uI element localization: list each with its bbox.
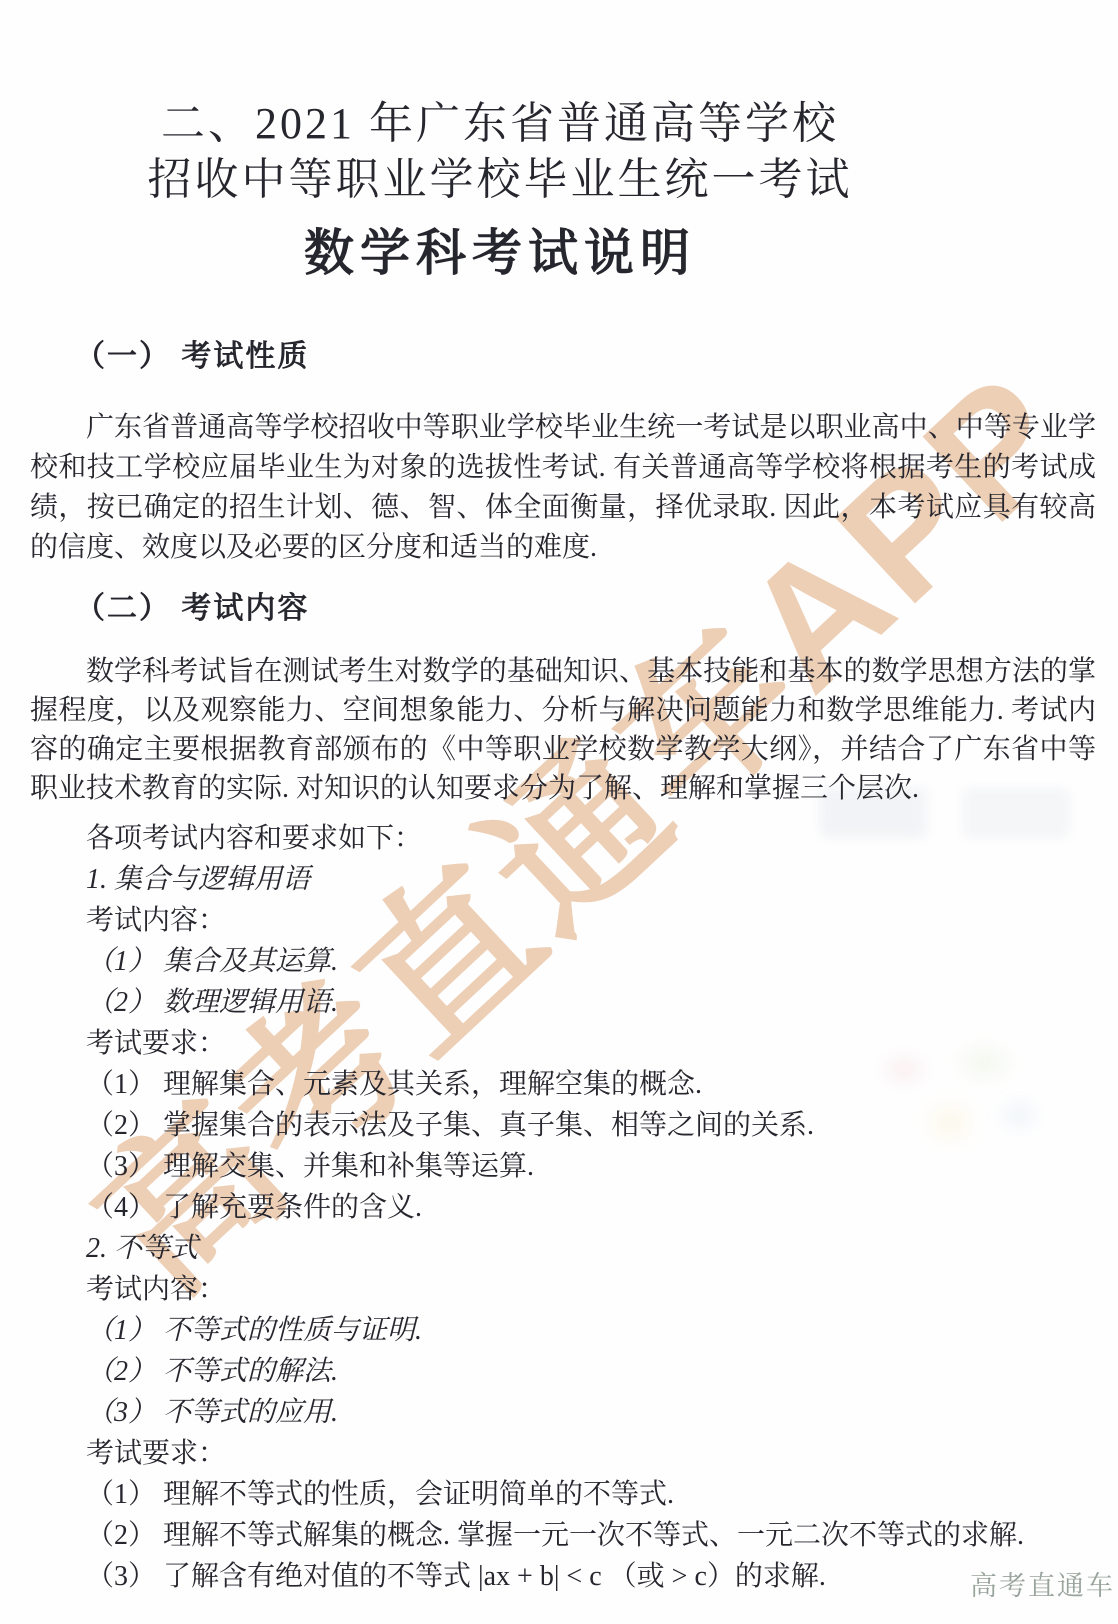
section-1-heading: （一） 考试性质 — [30, 338, 309, 376]
topic-2-title: 2. 不等式 — [30, 1228, 1096, 1269]
topic-2-content-item: （2） 不等式的解法. — [30, 1351, 1096, 1392]
topic-1-require-item: （4） 了解充要条件的含义. — [30, 1187, 1096, 1228]
topic-2-require-item: （3） 了解含有绝对值的不等式 |ax + b| < c （或 > c）的求解. — [30, 1556, 1096, 1597]
topic-1-content-label: 考试内容： — [30, 900, 1096, 941]
topic-2-content-item: （3） 不等式的应用. — [30, 1392, 1096, 1433]
topics-list: 各项考试内容和要求如下： 1. 集合与逻辑用语 考试内容： （1） 集合及其运算… — [30, 818, 1096, 1597]
topic-2-content-label: 考试内容： — [30, 1269, 1096, 1310]
title-line-2: 招收中等职业学校毕业生统一考试 — [0, 152, 1000, 208]
topic-1-title: 1. 集合与逻辑用语 — [30, 859, 1096, 900]
topic-1-require-label: 考试要求： — [30, 1023, 1096, 1064]
topic-2-content-item: （1） 不等式的性质与证明. — [30, 1310, 1096, 1351]
topic-2-require-item: （2） 理解不等式解集的概念. 掌握一元一次不等式、一元二次不等式的求解. — [30, 1515, 1096, 1556]
document-content: 二、2021 年广东省普通高等学校 招收中等职业学校毕业生统一考试 数学科考试说… — [0, 0, 1118, 1624]
title-line-3: 数学科考试说明 — [0, 222, 1000, 284]
topic-1-require-item: （1） 理解集合、元素及其关系，理解空集的概念. — [30, 1064, 1096, 1105]
title-line-1: 二、2021 年广东省普通高等学校 — [0, 96, 1000, 152]
topic-1-content-item: （1） 集合及其运算. — [30, 941, 1096, 982]
topic-1-require-item: （2） 掌握集合的表示法及子集、真子集、相等之间的关系. — [30, 1105, 1096, 1146]
topic-1-require-item: （3） 理解交集、并集和补集等运算. — [30, 1146, 1096, 1187]
section-2-paragraph: 数学科考试旨在测试考生对数学的基础知识、基本技能和基本的数学思想方法的掌握程度，… — [30, 652, 1096, 808]
section-1-paragraph: 广东省普通高等学校招收中等职业学校毕业生统一考试是以职业高中、中等专业学校和技工… — [30, 408, 1096, 568]
document-page: 高考直通车APP 二、2021 年广东省普通高等学校 招收中等职业学校毕业生统一… — [0, 0, 1118, 1624]
topic-2-require-label: 考试要求： — [30, 1433, 1096, 1474]
topic-1-content-item: （2） 数理逻辑用语. — [30, 982, 1096, 1023]
topics-list-intro: 各项考试内容和要求如下： — [30, 818, 1096, 859]
document-title: 二、2021 年广东省普通高等学校 招收中等职业学校毕业生统一考试 数学科考试说… — [0, 96, 1000, 284]
section-2-heading: （二） 考试内容 — [30, 590, 309, 628]
footer-watermark: 高考直通车 — [970, 1564, 1115, 1603]
topic-2-require-item: （1） 理解不等式的性质，会证明简单的不等式. — [30, 1474, 1096, 1515]
